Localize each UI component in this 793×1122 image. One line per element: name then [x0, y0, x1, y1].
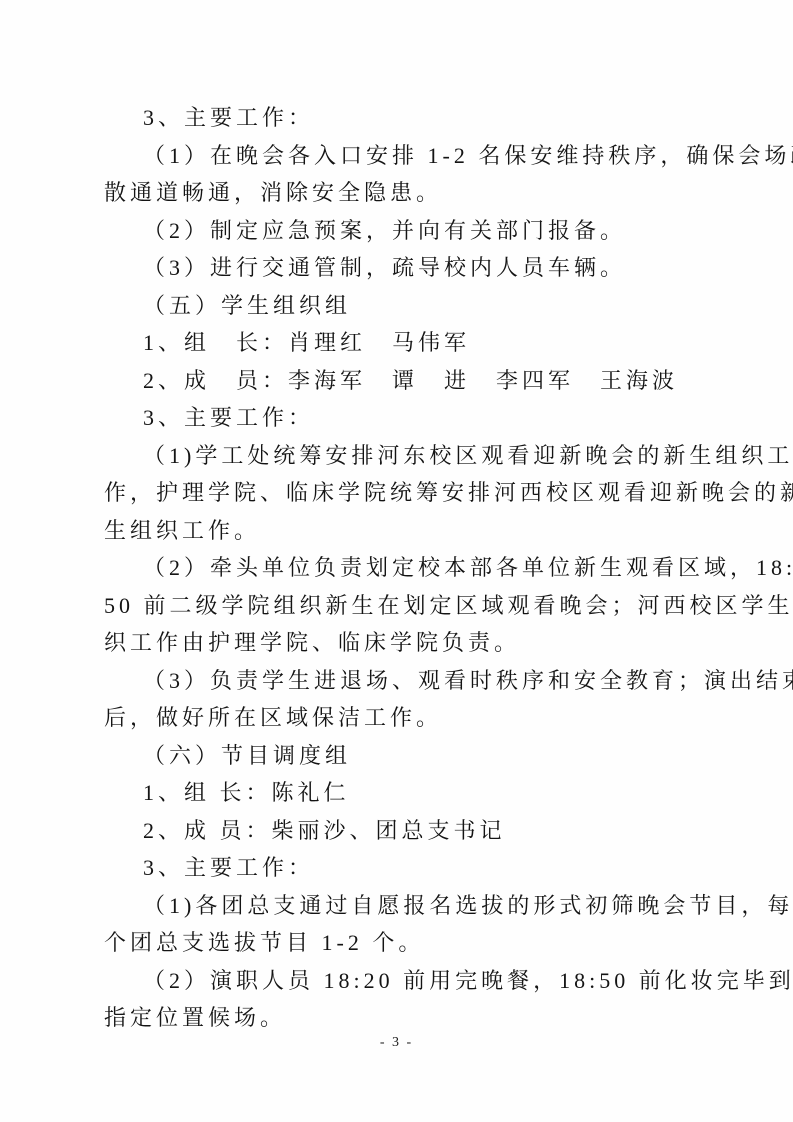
text-line: 3、主要工作： — [104, 99, 692, 137]
text-line: 1、组 长：肖理红 马伟军 — [104, 324, 692, 362]
text-line: （1)各团总支通过自愿报名选拔的形式初筛晚会节目，每 — [104, 887, 692, 925]
text-line: 3、主要工作： — [104, 849, 692, 887]
text-line: 个团总支选拔节目 1-2 个。 — [104, 924, 692, 962]
text-line: 3、主要工作： — [104, 399, 692, 437]
page-footer: - 3 - — [0, 1033, 793, 1051]
text-line: （2）演职人员 18:20 前用完晚餐，18:50 前化妆完毕到达 — [104, 962, 692, 1000]
text-line: 2、成 员：李海军 谭 进 李四军 王海波 — [104, 362, 692, 400]
text-line: 作，护理学院、临床学院统筹安排河西校区观看迎新晚会的新 — [104, 474, 692, 512]
text-line: 指定位置候场。 — [104, 999, 692, 1037]
text-line: 1、组 长：陈礼仁 — [104, 774, 692, 812]
text-line: （五）学生组织组 — [104, 287, 692, 325]
page-number: - 3 - — [380, 1035, 413, 1050]
text-line: 2、成 员：柴丽沙、团总支书记 — [104, 812, 692, 850]
text-line: 织工作由护理学院、临床学院负责。 — [104, 624, 692, 662]
text-line: 散通道畅通，消除安全隐患。 — [104, 174, 692, 212]
text-line: （2）牵头单位负责划定校本部各单位新生观看区域，18: — [104, 549, 692, 587]
text-line: （1)学工处统筹安排河东校区观看迎新晚会的新生组织工 — [104, 437, 692, 475]
text-line: （3）负责学生进退场、观看时秩序和安全教育；演出结束 — [104, 662, 692, 700]
text-line: 50 前二级学院组织新生在划定区域观看晚会；河西校区学生组 — [104, 587, 692, 625]
text-line: （2）制定应急预案，并向有关部门报备。 — [104, 212, 692, 250]
document-body: 3、主要工作： （1）在晚会各入口安排 1-2 名保安维持秩序，确保会场疏 散通… — [104, 99, 692, 1037]
text-line: 生组织工作。 — [104, 512, 692, 550]
document-page: 3、主要工作： （1）在晚会各入口安排 1-2 名保安维持秩序，确保会场疏 散通… — [0, 0, 793, 1122]
text-line: 后，做好所在区域保洁工作。 — [104, 699, 692, 737]
text-line: （3）进行交通管制，疏导校内人员车辆。 — [104, 249, 692, 287]
text-line: （六）节目调度组 — [104, 737, 692, 775]
text-line: （1）在晚会各入口安排 1-2 名保安维持秩序，确保会场疏 — [104, 137, 692, 175]
